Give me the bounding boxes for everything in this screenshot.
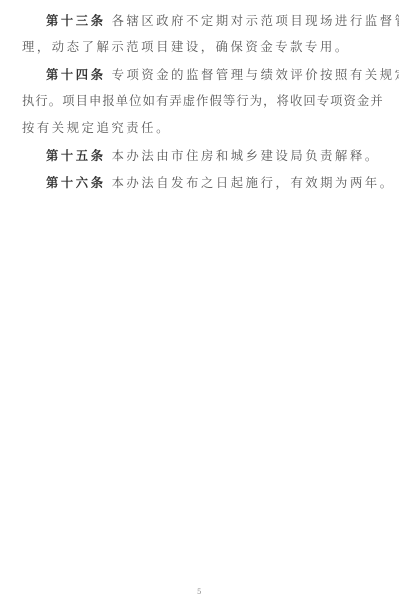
article-text: 执行。项目申报单位如有弄虚作假等行为，将收回专项资金并 — [22, 88, 377, 115]
article-text: 本办法由市住房和城乡建设局负责解释。 — [112, 149, 380, 163]
page-number: 5 — [197, 588, 201, 596]
document-page: 第十三条各辖区政府不定期对示范项目现场进行监督管 理，动态了解示范项目建设，确保… — [0, 0, 399, 610]
article-text: 按有关规定追究责任。 — [22, 115, 377, 142]
article-16: 第十六条本办法自发布之日起施行，有效期为两年。 — [22, 169, 377, 196]
article-15: 第十五条本办法由市住房和城乡建设局负责解释。 — [22, 142, 377, 169]
article-label: 第十四条 — [46, 67, 106, 82]
article-13: 第十三条各辖区政府不定期对示范项目现场进行监督管 理，动态了解示范项目建设，确保… — [22, 7, 377, 61]
article-14: 第十四条专项资金的监督管理与绩效评价按照有关规定 执行。项目申报单位如有弄虚作假… — [22, 61, 377, 142]
article-text: 理，动态了解示范项目建设，确保资金专款专用。 — [22, 34, 377, 61]
article-label: 第十三条 — [46, 13, 106, 28]
article-text: 各辖区政府不定期对示范项目现场进行监督管 — [112, 14, 399, 28]
article-label: 第十五条 — [46, 148, 106, 163]
article-label: 第十六条 — [46, 175, 106, 190]
article-text: 本办法自发布之日起施行，有效期为两年。 — [112, 176, 395, 190]
article-text: 专项资金的监督管理与绩效评价按照有关规定 — [112, 68, 399, 82]
